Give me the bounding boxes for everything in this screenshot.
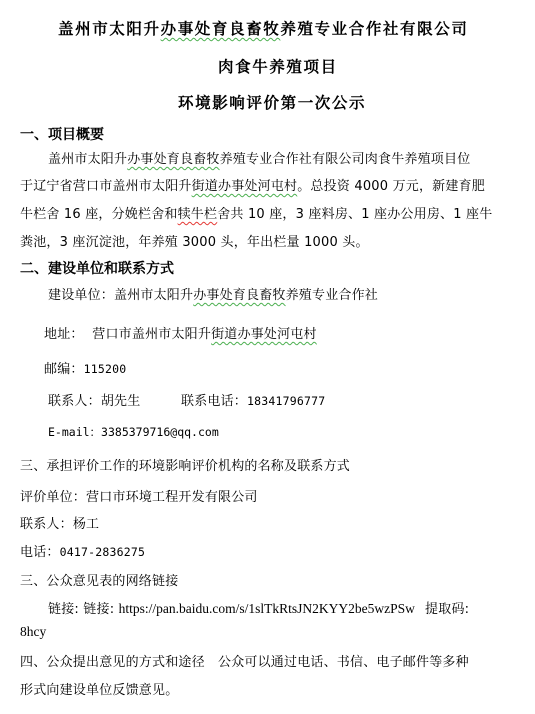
section-heading-public-form-link: 三、公众意见表的网络链接 <box>20 570 178 589</box>
paragraph-text: 养殖专业合作社有限公司肉食牛养殖项目位 <box>220 152 471 167</box>
document-title-line3: 环境影响评价第一次公示 <box>178 91 366 113</box>
project-overview-line4: 粪池，3 座沉淀池，年养殖 3000 头，年出栏量 1000 头。 <box>20 231 369 250</box>
section-heading-evaluator: 三、承担评价工作的环境影响评价机构的名称及联系方式 <box>20 455 350 474</box>
link-label: 链接: 链接: <box>48 602 119 617</box>
builder-unit: 建设单位：盖州市太阳升办事处育良畜牧养殖专业合作社 <box>48 284 378 303</box>
postcode-label: 邮编： <box>44 362 84 377</box>
project-overview-line1: 盖州市太阳升办事处育良畜牧养殖专业合作社有限公司肉食牛养殖项目位 <box>48 148 470 167</box>
public-form-link-line: 链接: 链接: https://pan.baidu.com/s/1slTkRts… <box>48 598 469 617</box>
evaluator-contact-value: 杨工 <box>73 517 99 532</box>
contact-label: 联系人： <box>48 394 101 409</box>
title-text: 养殖专业合作社有限公司 <box>280 19 468 38</box>
address-label: 地址： <box>44 327 84 342</box>
builder-unit-text: 建设单位：盖州市太阳升 <box>48 288 193 303</box>
paragraph-text-flagged: 犊牛栏 <box>178 207 218 222</box>
extraction-code-label: 提取码: <box>425 602 469 617</box>
section-heading-feedback-line2: 形式向建设单位反馈意见。 <box>20 679 178 698</box>
evaluator-unit: 评价单位：营口市环境工程开发有限公司 <box>20 486 258 505</box>
phone-label: 联系电话： <box>181 394 247 409</box>
paragraph-text: 牛栏舍 16 座，分娩栏舍和 <box>20 207 178 222</box>
phone-value: 18341796777 <box>247 394 325 408</box>
evaluator-unit-label: 评价单位： <box>20 490 86 505</box>
public-form-link[interactable]: https://pan.baidu.com/s/1slTkRtsJN2KYY2b… <box>119 601 415 616</box>
postcode-value: 115200 <box>84 362 127 376</box>
project-overview-line3: 牛栏舍 16 座，分娩栏舍和犊牛栏舍共 10 座，3 座料房、1 座办公用房、1… <box>20 203 492 222</box>
section-heading-builder-contact: 二、建设单位和联系方式 <box>20 258 174 278</box>
paragraph-text-flagged: 街道办事处河屯村 <box>192 179 298 194</box>
evaluator-contact-label: 联系人： <box>20 517 73 532</box>
paragraph-text: 。总投资 4000 万元，新建育肥 <box>297 179 485 194</box>
evaluator-phone: 电话：0417-2836275 <box>20 541 145 560</box>
evaluator-phone-label: 电话： <box>20 545 60 560</box>
paragraph-text: 于辽宁省营口市盖州市太阳升 <box>20 179 192 194</box>
builder-unit-text-flagged: 办事处育良畜牧 <box>193 288 285 303</box>
project-overview-line2: 于辽宁省营口市盖州市太阳升街道办事处河屯村。总投资 4000 万元，新建育肥 <box>20 175 485 194</box>
document-title-line1: 盖州市太阳升办事处育良畜牧养殖专业合作社有限公司 <box>58 17 468 39</box>
paragraph-text-flagged: 办事处育良畜牧 <box>127 152 219 167</box>
title-text-flagged: 办事处育良畜牧 <box>161 19 281 38</box>
section-heading-feedback-line1: 四、公众提出意见的方式和途径 公众可以通过电话、书信、电子邮件等多种 <box>20 651 469 670</box>
builder-email: E-mail：3385379716@qq.com <box>48 424 219 440</box>
document-title-line2: 肉食牛养殖项目 <box>218 55 338 77</box>
builder-unit-text: 养殖专业合作社 <box>286 288 378 303</box>
paragraph-text: 盖州市太阳升 <box>48 152 127 167</box>
extraction-code-value: 8hcy <box>20 624 46 640</box>
paragraph-text: 舍共 10 座，3 座料房、1 座办公用房、1 座牛 <box>217 207 492 222</box>
builder-address: 地址： 营口市盖州市太阳升街道办事处河屯村 <box>44 323 317 342</box>
builder-phone: 联系电话：18341796777 <box>181 390 325 409</box>
evaluator-unit-value: 营口市环境工程开发有限公司 <box>86 490 258 505</box>
email-value: 3385379716@qq.com <box>101 425 219 439</box>
evaluator-contact: 联系人：杨工 <box>20 513 99 532</box>
builder-contact: 联系人：胡先生 <box>48 390 140 409</box>
address-value-flagged: 街道办事处河屯村 <box>211 327 317 342</box>
title-text: 盖州市太阳升 <box>58 19 161 38</box>
builder-postcode: 邮编：115200 <box>44 358 126 377</box>
evaluator-phone-value: 0417-2836275 <box>60 545 145 559</box>
section-heading-project-overview: 一、项目概要 <box>20 124 104 144</box>
contact-value: 胡先生 <box>101 394 141 409</box>
address-value: 营口市盖州市太阳升 <box>92 327 211 342</box>
email-label: E-mail： <box>48 425 101 439</box>
